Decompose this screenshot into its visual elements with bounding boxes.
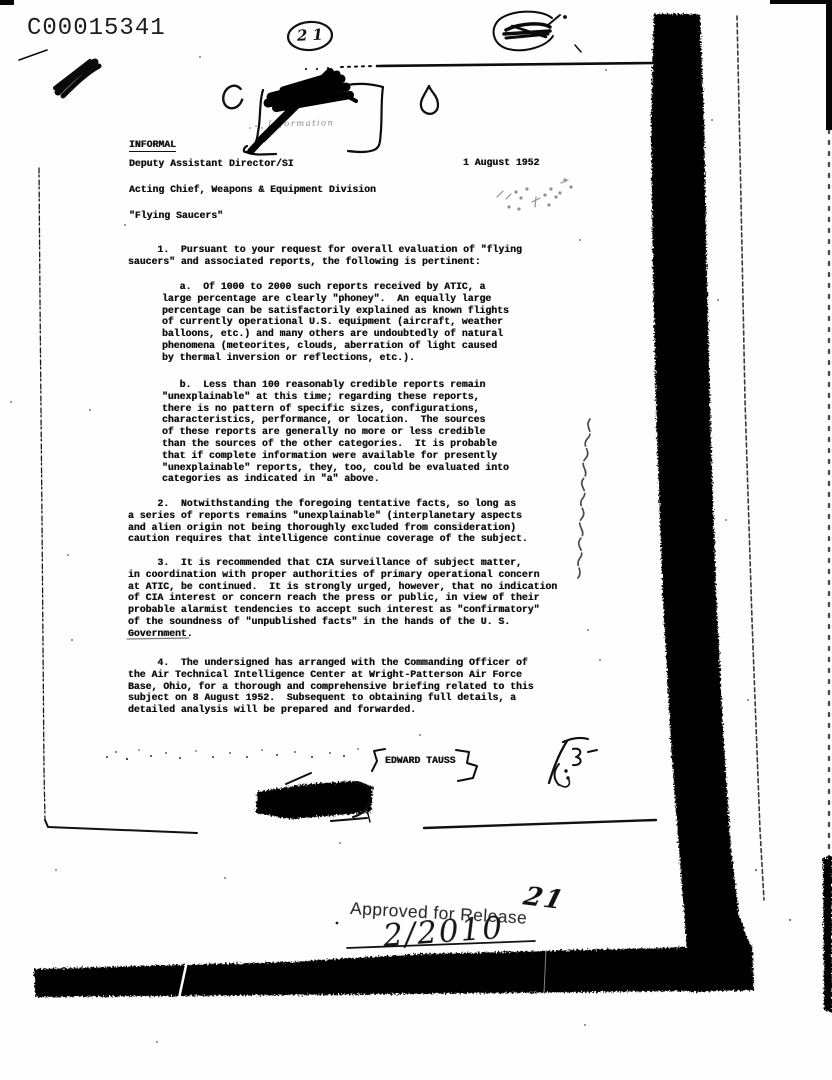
- scan-band-scratch: [179, 961, 187, 998]
- page-border-bottom-left: [45, 820, 197, 833]
- handwritten-release-date: 2/2010: [382, 910, 505, 954]
- redaction-scribble: [251, 72, 356, 151]
- scan-edge-band-right: [651, 14, 752, 992]
- crossed-out-signature-top-right: [494, 12, 581, 52]
- scan-band-scratch-2: [544, 949, 546, 993]
- top-line-specks: [305, 67, 329, 70]
- scan-crease-line: [737, 16, 764, 900]
- open-circle-mark: [220, 83, 246, 111]
- pen-scribble-top-left: [19, 50, 99, 96]
- page-border-top: [377, 63, 654, 66]
- scan-edge-top-right-corner: [770, 0, 832, 4]
- paragraph-3: 3. It is recommended that CIA surveillan…: [128, 557, 557, 640]
- scan-edge-right-bottom: [823, 856, 832, 1013]
- handwritten-margin-page-number: 21: [520, 882, 568, 916]
- margin-handwriting: [578, 419, 590, 578]
- redaction-bar: [256, 781, 373, 819]
- redaction-2-bracket: [331, 782, 370, 822]
- signature-name: EDWARD TAUSS: [385, 755, 456, 767]
- page-border-bottom-right: [424, 820, 656, 828]
- paragraph-2: 2. Notwithstanding the foregoing tentati…: [128, 498, 528, 545]
- subject-line: "Flying Saucers": [129, 210, 223, 222]
- handwritten-check-mark: [549, 738, 597, 787]
- paragraph-1b: b. Less than 100 reasonably credible rep…: [162, 379, 509, 485]
- scan-edge-right-top: [826, 0, 832, 130]
- paragraph-1: 1. Pursuant to your request for overall …: [128, 244, 522, 268]
- document-number: C00015341: [27, 16, 166, 42]
- date-line: 1 August 1952: [463, 157, 539, 169]
- scan-corner-speck: [0, 0, 14, 5]
- from-line: Acting Chief, Weapons & Equipment Divisi…: [129, 184, 376, 196]
- scan-noise: [10, 56, 791, 1043]
- paragraph-1a: a. Of 1000 to 2000 such reports received…: [162, 281, 509, 364]
- addressee-line: Deputy Assistant Director/SI: [129, 158, 294, 170]
- redaction-2-pen-stroke: [286, 773, 311, 784]
- circled-page-marker: 21: [297, 25, 329, 45]
- teardrop-mark: [421, 86, 438, 114]
- stamp-period-speck: [336, 922, 339, 925]
- page-border-left: [39, 168, 45, 820]
- ghost-text-specks: [249, 125, 263, 129]
- paragraph-4: 4. The undersigned has arranged with the…: [128, 657, 534, 716]
- informal-label: INFORMAL: [129, 139, 176, 152]
- scanned-memo-page: { "page": { "doc_number": "C00015341", "…: [0, 0, 832, 1080]
- signature-dot-trail: [106, 748, 359, 760]
- page-border-top-dots: [341, 66, 374, 67]
- ghost-stamp-fragment: Information: [268, 118, 335, 129]
- pencil-notes: [497, 179, 572, 210]
